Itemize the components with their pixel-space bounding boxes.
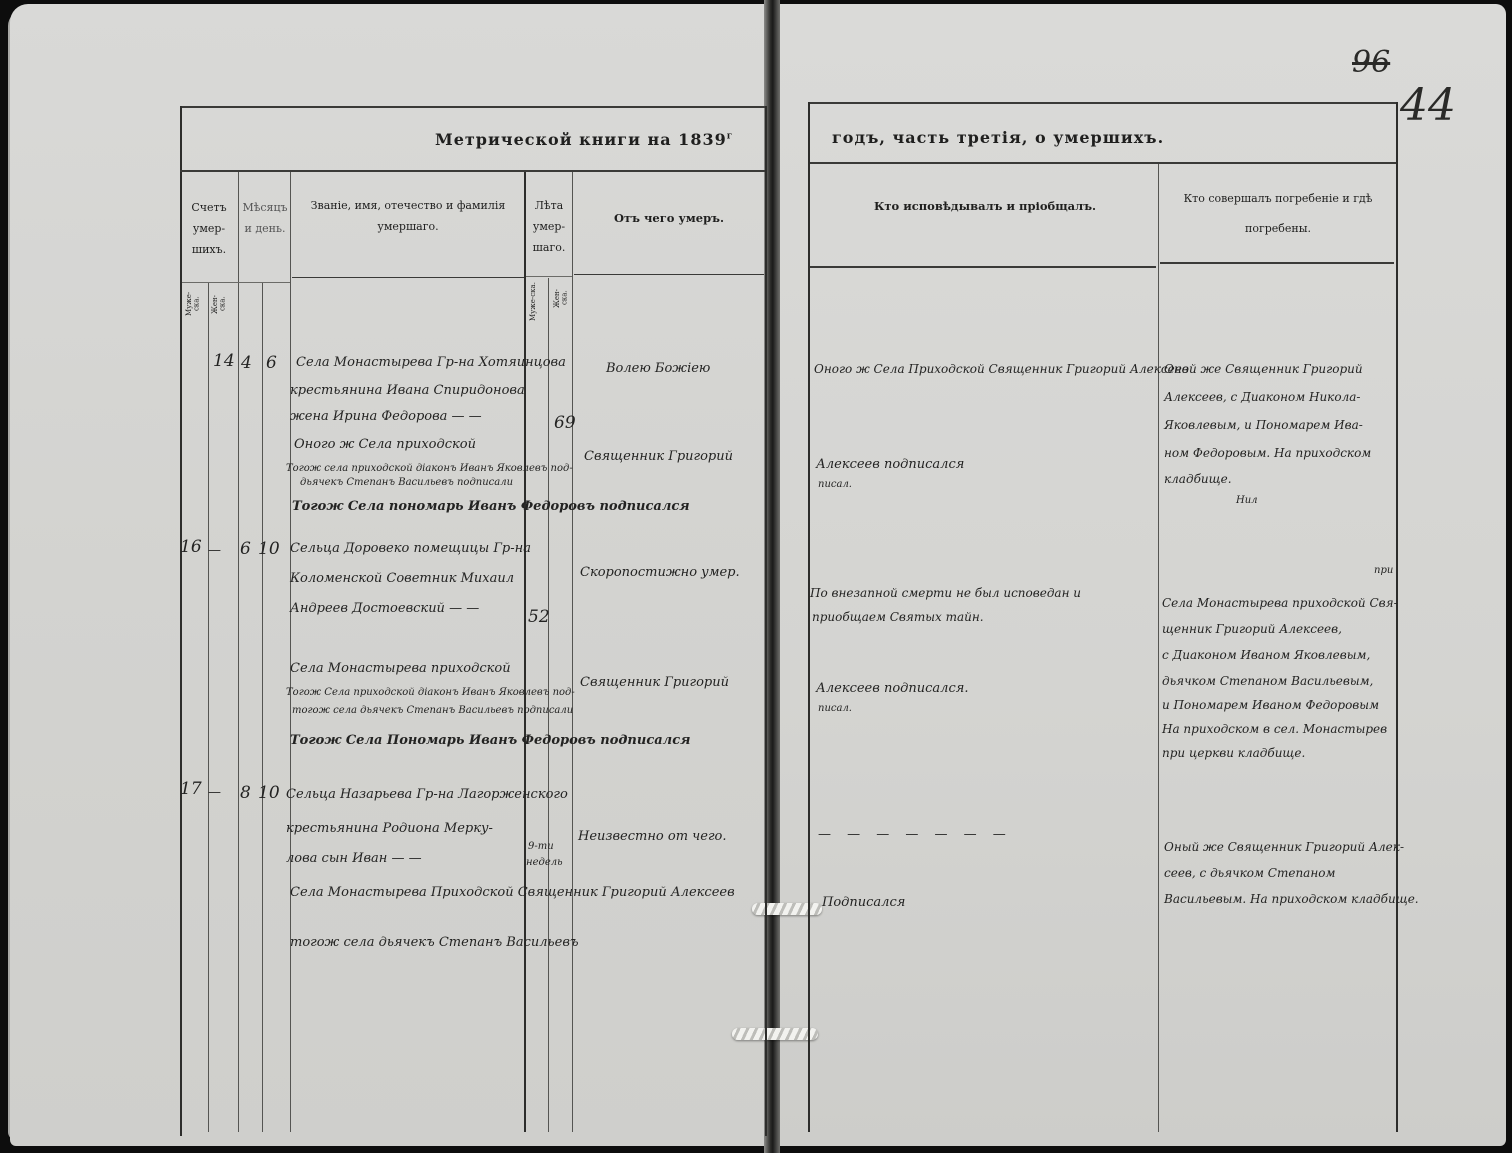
entry-name-line: Сельца Доровеко помещицы Гр-на: [290, 536, 531, 562]
entry-confessor: Оного ж Села Приходской Священник Григор…: [814, 356, 1189, 382]
entry-burial-line: Оный же Священник Григорий Алек-: [1164, 834, 1404, 860]
subcol-divider: [208, 282, 209, 1132]
subheader-count-male: Муже-ска.: [186, 288, 201, 320]
witness-line: Тогож села приходской діаконъ Иванъ Яков…: [286, 462, 573, 476]
entry-confessor: — — — — — — —: [818, 822, 1012, 848]
frame-top-rule: [808, 102, 1398, 104]
entry-name-line: Коломенской Советник Михаил: [290, 566, 514, 592]
entry-burial-note: при: [1374, 564, 1393, 578]
entry-month: 4: [241, 350, 252, 376]
witness-line: Села Монастырева Приходской Священник Гр…: [290, 880, 735, 906]
col-header-cause: Отъ чего умеръ.: [576, 208, 762, 230]
entry-day: 6: [266, 350, 277, 376]
entry-confessor-sign: Алексеев подписался: [816, 452, 964, 478]
witness-line: дьячекъ Степанъ Васильевъ подписали: [300, 476, 513, 490]
entry-confessor-line: приобщаем Святых тайн.: [812, 604, 984, 630]
entry-burial-line: щенник Григорий Алексеев,: [1162, 616, 1342, 642]
frame-right-rule: [765, 106, 767, 1136]
witness-line: Тогож Села приходской діаконъ Иванъ Яков…: [286, 686, 575, 700]
col-header-name: Званіе, имя, отечество и фамилія умершаг…: [294, 196, 522, 238]
entry-count-male: 16: [180, 534, 202, 560]
col-header-burial: Кто совершалъ погребеніе и гдѣ погребены…: [1168, 184, 1388, 243]
entry-count-female: —: [208, 538, 221, 564]
entry-burial-line: На приходском в сел. Монастырев: [1162, 716, 1387, 742]
entry-count-female: —: [208, 780, 221, 806]
entry-confessor-sign: Подписался: [822, 890, 905, 916]
col-divider: [238, 172, 239, 1132]
entry-burial-line: Оной же Священник Григорий: [1164, 356, 1363, 382]
entry-burial-line: Села Монастырева приходской Свя-: [1162, 590, 1398, 616]
entry-name-line: крестьянина Ивана Спиридонова: [290, 378, 525, 404]
entry-burial-line: с Диаконом Иваном Яковлевым,: [1162, 642, 1370, 668]
entry-age-male: 9-ти: [528, 840, 554, 854]
entry-confessor-line: По внезапной смерти не был исповедан и: [810, 580, 1081, 606]
entry-burial-line: ном Федоровым. На приходском: [1164, 440, 1371, 466]
entry-day: 10: [258, 536, 280, 562]
subheader-rule: [1160, 262, 1394, 264]
frame-top-rule: [180, 106, 767, 108]
entry-confessor-sign: Алексеев подписался.: [816, 676, 968, 702]
entry-count-male: 17: [180, 776, 202, 802]
open-metrical-book: Метрической книги на 1839г Счетъ умер-ши…: [0, 0, 1512, 1153]
entry-cause: Волею Божіею: [606, 356, 710, 382]
entry-burial-line: Яковлевым, и Пономарем Ива-: [1164, 412, 1363, 438]
entry-name-line: Сельца Назарьева Гр-на Лагорженского: [286, 782, 568, 808]
subcol-divider: [262, 282, 263, 1132]
entry-burial-line: дьячком Степаном Васильевым,: [1162, 668, 1373, 694]
entry-burial-line: сеев, с дьячком Степаном: [1164, 860, 1335, 886]
col-header-date: Мѣсяцъ и день.: [240, 198, 290, 240]
entry-count-female: 14: [213, 348, 235, 374]
subheader-age-female: Жен-ска.: [554, 282, 569, 314]
entry-burial-line: Васильевым. На приходском кладбище.: [1164, 886, 1419, 912]
entry-name-line: крестьянина Родиона Мерку-: [286, 816, 493, 842]
entry-name-line: Села Монастырева Гр-на Хотяинцова: [296, 350, 566, 376]
entry-cause: Неизвестно от чего.: [578, 824, 726, 850]
header-rule: [180, 170, 767, 172]
frame-left-rule: [808, 102, 810, 1132]
col-header-age: Лѣта умер-шаго.: [526, 196, 572, 259]
col-header-count: Счетъ умер-шихъ.: [182, 198, 236, 261]
binding-thread: [732, 1028, 818, 1040]
subheader-rule: [810, 266, 1156, 268]
entry-burial-line: Алексеев, с Диаконом Никола-: [1164, 384, 1360, 410]
header-rule: [808, 162, 1398, 164]
left-page-title: Метрической книги на 1839г: [435, 132, 733, 148]
witness-line: Тогож Села Пономарь Иванъ Федоровъ подпи…: [290, 728, 690, 754]
entry-burial-line: кладбище.: [1164, 466, 1232, 492]
witness-line: Села Монастырева приходской: [290, 656, 511, 682]
col-divider: [1158, 164, 1159, 1132]
subheader-rule: [182, 282, 290, 283]
col-divider: [572, 172, 573, 1132]
col-header-confessor: Кто исповѣдывалъ и пріобщалъ.: [820, 196, 1150, 218]
witness-line: Священник Григорий: [580, 670, 729, 696]
entry-burial-line: и Пономарем Иваном Федоровым: [1162, 692, 1379, 718]
subheader-rule: [526, 276, 572, 277]
folio-number-old: 96: [1352, 48, 1390, 78]
subheader-rule: [292, 277, 524, 278]
entry-age-male-note: недель: [526, 856, 563, 870]
entry-age-male: 52: [528, 604, 550, 630]
entry-day: 10: [258, 780, 280, 806]
binding-thread: [752, 903, 822, 915]
witness-line: тогож села дьячекъ Степанъ Васильевъ под…: [292, 704, 573, 718]
subheader-count-female: Жен-ска.: [212, 288, 227, 320]
frame-right-rule: [1396, 102, 1398, 1132]
right-page-title: годъ, часть третія, о умершихъ.: [832, 130, 1164, 146]
subheader-rule: [574, 274, 764, 275]
entry-confessor-note: писал.: [818, 478, 852, 492]
witness-line: Оного ж Села приходской: [294, 432, 476, 458]
entry-burial-note: Нил: [1236, 494, 1258, 508]
col-divider: [524, 172, 526, 1132]
entry-name-line: жена Ирина Федорова — —: [290, 404, 482, 430]
folio-number: 44: [1400, 84, 1456, 128]
witness-line: Священник Григорий: [584, 444, 733, 470]
entry-month: 6: [240, 536, 251, 562]
entry-name-line: Андреев Достоевский — —: [290, 596, 479, 622]
entry-month: 8: [240, 780, 251, 806]
entry-confessor-note: писал.: [818, 702, 852, 716]
witness-line: тогож села дьячекъ Степанъ Васильевъ: [290, 930, 579, 956]
entry-name-line: лова сын Иван — —: [286, 846, 422, 872]
col-divider: [290, 172, 291, 1132]
witness-line: Тогож Села пономарь Иванъ Федоровъ подпи…: [292, 494, 690, 520]
entry-cause: Скоропостижно умер.: [580, 560, 740, 586]
subheader-age-male: Муже-ска.: [530, 282, 538, 322]
entry-age-female: 69: [554, 410, 576, 436]
entry-burial-line: при церкви кладбище.: [1162, 740, 1305, 766]
